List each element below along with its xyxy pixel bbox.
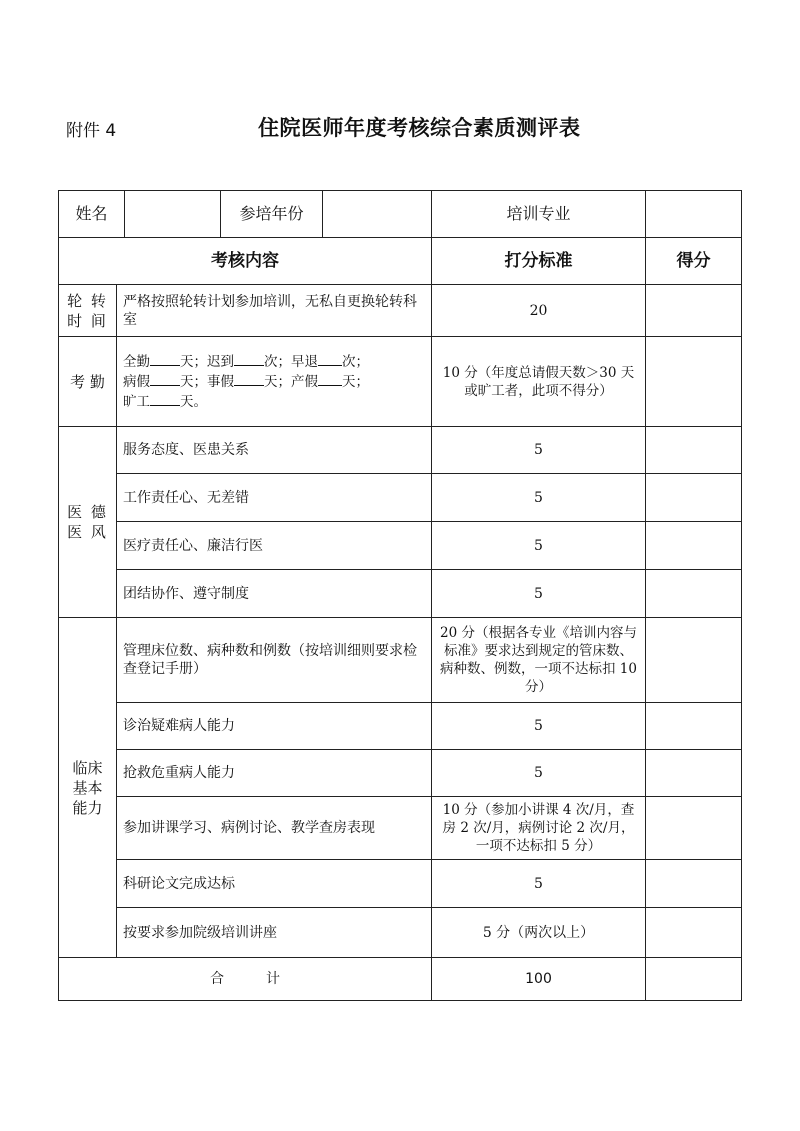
ethics-score-field[interactable] <box>646 427 742 474</box>
clinical-score-field[interactable] <box>646 703 742 750</box>
clinical-score-field[interactable] <box>646 860 742 908</box>
attachment-label: 附件 4 <box>66 116 116 141</box>
clinical-score-field[interactable] <box>646 750 742 797</box>
ethics-standard: 5 <box>432 522 646 570</box>
clinical-standard: 10 分（参加小讲课 4 次/月，查房 2 次/月，病例讨论 2 次/月，一项不… <box>432 797 646 860</box>
ethics-standard: 5 <box>432 427 646 474</box>
rotation-score-field[interactable] <box>646 285 742 337</box>
late-times-blank[interactable] <box>234 353 264 366</box>
table-row-clinical: 抢救危重病人能力 5 <box>59 750 742 797</box>
attendance-content: 全勤天；迟到次；早退次； 病假天；事假天；产假天； 旷工天。 <box>117 337 432 427</box>
clinical-score-field[interactable] <box>646 908 742 958</box>
ethics-content: 医疗责任心、廉洁行医 <box>117 522 432 570</box>
clinical-score-field[interactable] <box>646 618 742 703</box>
table-row-ethics: 团结协作、遵守制度 5 <box>59 570 742 618</box>
table-row-ethics: 医 德 医 风 服务态度、医患关系 5 <box>59 427 742 474</box>
column-header-score: 得分 <box>646 238 742 285</box>
ethics-score-field[interactable] <box>646 522 742 570</box>
clinical-standard: 5 分（两次以上） <box>432 908 646 958</box>
clinical-standard: 5 <box>432 860 646 908</box>
table-row-clinical: 科研论文完成达标 5 <box>59 860 742 908</box>
clinical-content: 按要求参加院级培训讲座 <box>117 908 432 958</box>
clinical-content: 抢救危重病人能力 <box>117 750 432 797</box>
table-row-ethics: 工作责任心、无差错 5 <box>59 474 742 522</box>
clinical-content: 诊治疑难病人能力 <box>117 703 432 750</box>
clinical-standard: 20 分（根据各专业《培训内容与标准》要求达到规定的管床数、病种数、例数，一项不… <box>432 618 646 703</box>
info-row: 姓名 参培年份 培训专业 <box>59 191 742 238</box>
clinical-content: 参加讲课学习、病例讨论、教学查房表现 <box>117 797 432 860</box>
clinical-standard: 5 <box>432 703 646 750</box>
attendance-score-field[interactable] <box>646 337 742 427</box>
column-header-standard: 打分标准 <box>432 238 646 285</box>
evaluation-table: 姓名 参培年份 培训专业 考核内容 打分标准 得分 轮 转 时 间 严格按照轮转… <box>58 190 742 1001</box>
ethics-content: 服务态度、医患关系 <box>117 427 432 474</box>
page-title: 住院医师年度考核综合素质测评表 <box>258 112 581 142</box>
specialty-field[interactable] <box>646 191 742 238</box>
table-row-clinical: 按要求参加院级培训讲座 5 分（两次以上） <box>59 908 742 958</box>
total-standard: 100 <box>432 958 646 1001</box>
column-header-row: 考核内容 打分标准 得分 <box>59 238 742 285</box>
clinical-score-field[interactable] <box>646 797 742 860</box>
table-row-clinical: 诊治疑难病人能力 5 <box>59 703 742 750</box>
category-ethics: 医 德 医 风 <box>59 427 117 618</box>
year-field[interactable] <box>323 191 432 238</box>
category-clinical: 临床基本能力 <box>59 618 117 958</box>
clinical-content: 管理床位数、病种数和例数（按培训细则要求检查登记手册） <box>117 618 432 703</box>
ethics-score-field[interactable] <box>646 570 742 618</box>
personal-days-blank[interactable] <box>234 373 264 386</box>
table-row-attendance: 考 勤 全勤天；迟到次；早退次； 病假天；事假天；产假天； 旷工天。 10 分（… <box>59 337 742 427</box>
table-row-total: 合 计 100 <box>59 958 742 1001</box>
table-row-clinical: 参加讲课学习、病例讨论、教学查房表现 10 分（参加小讲课 4 次/月，查房 2… <box>59 797 742 860</box>
attendance-standard: 10 分（年度总请假天数＞30 天或旷工者，此项不得分） <box>432 337 646 427</box>
table-row-ethics: 医疗责任心、廉洁行医 5 <box>59 522 742 570</box>
year-label: 参培年份 <box>221 191 323 238</box>
maternity-days-blank[interactable] <box>318 373 342 386</box>
sick-days-blank[interactable] <box>150 373 180 386</box>
rotation-content: 严格按照轮转计划参加培训，无私自更换轮转科室 <box>117 285 432 337</box>
total-score-field[interactable] <box>646 958 742 1001</box>
early-times-blank[interactable] <box>318 353 342 366</box>
ethics-standard: 5 <box>432 474 646 522</box>
absent-days-blank[interactable] <box>150 393 180 406</box>
rotation-standard: 20 <box>432 285 646 337</box>
full-days-blank[interactable] <box>150 353 180 366</box>
clinical-standard: 5 <box>432 750 646 797</box>
total-label: 合 计 <box>59 958 432 1001</box>
column-header-content: 考核内容 <box>59 238 432 285</box>
specialty-label: 培训专业 <box>432 191 646 238</box>
name-label: 姓名 <box>59 191 125 238</box>
category-rotation: 轮 转 时 间 <box>59 285 117 337</box>
ethics-score-field[interactable] <box>646 474 742 522</box>
table-row-rotation: 轮 转 时 间 严格按照轮转计划参加培训，无私自更换轮转科室 20 <box>59 285 742 337</box>
category-attendance: 考 勤 <box>59 337 117 427</box>
ethics-content: 团结协作、遵守制度 <box>117 570 432 618</box>
table-row-clinical: 临床基本能力 管理床位数、病种数和例数（按培训细则要求检查登记手册） 20 分（… <box>59 618 742 703</box>
ethics-standard: 5 <box>432 570 646 618</box>
name-field[interactable] <box>125 191 221 238</box>
clinical-content: 科研论文完成达标 <box>117 860 432 908</box>
ethics-content: 工作责任心、无差错 <box>117 474 432 522</box>
